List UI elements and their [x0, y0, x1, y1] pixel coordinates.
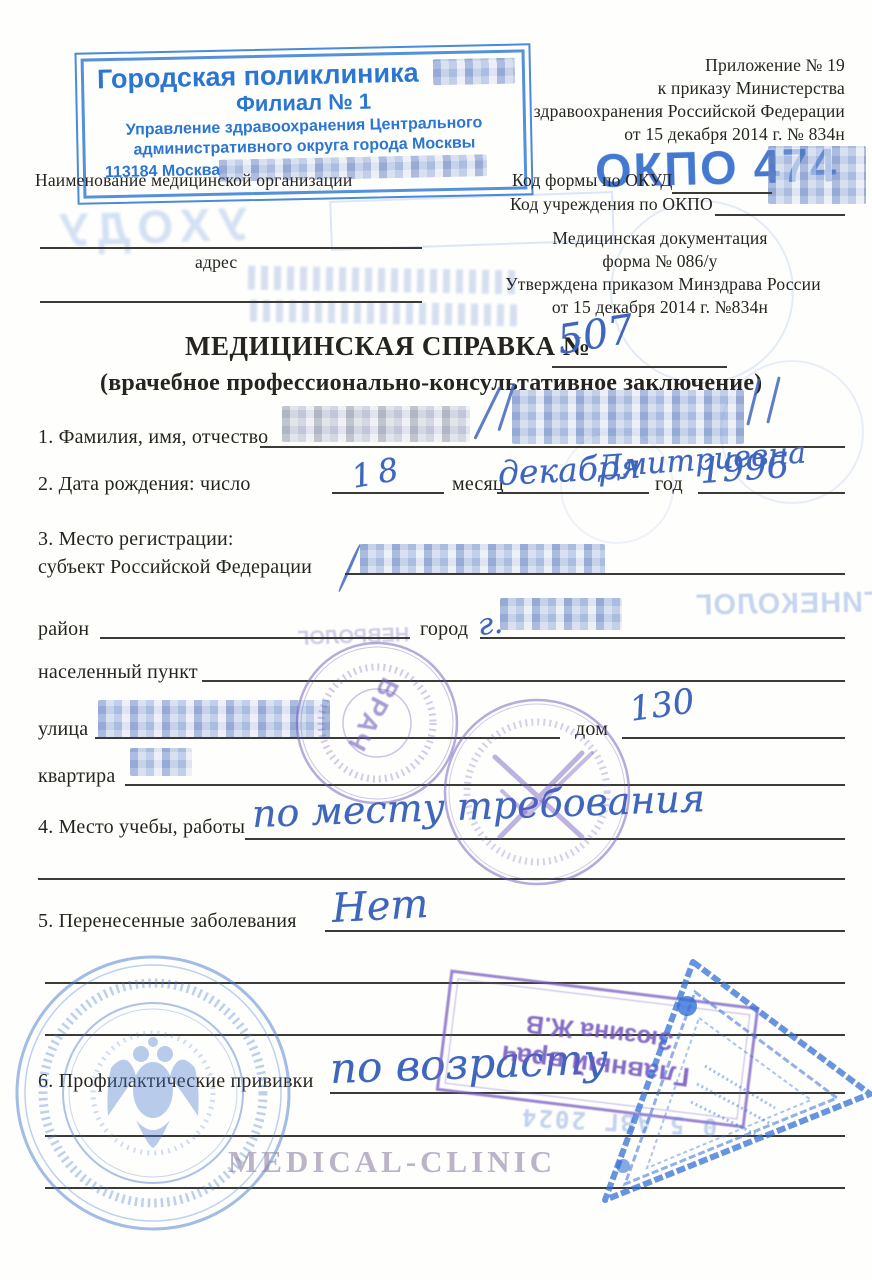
- title-number-line: [552, 366, 727, 368]
- watermark-text: MEDICAL-CLINIC: [228, 1144, 556, 1180]
- year-line: [698, 492, 845, 494]
- bleed-through-gynecologist: ГИНЕКОЛОГ: [695, 586, 872, 622]
- diseases-handwritten: Нет: [331, 881, 430, 932]
- address-line-2: [40, 301, 422, 303]
- bleed-through-mark: [250, 300, 518, 327]
- doc-line: форма № 086/у: [490, 251, 830, 272]
- redacted-apartment: [130, 748, 192, 776]
- birth-year-handwritten: 1996: [699, 446, 791, 492]
- field-birthdate-label: 2. Дата рождения: число: [38, 473, 251, 496]
- settlement-label: населенный пункт: [38, 661, 198, 684]
- redacted-given-name: [512, 390, 744, 444]
- appendix-line: здравоохранения Российской Федерации: [0, 101, 845, 122]
- medical-certificate-page: УХОДУ ГИНЕКОЛОГ НЕВРОЛОГ Городская полик…: [0, 0, 872, 1280]
- redacted-surname: [282, 406, 470, 442]
- day-line: [332, 492, 444, 494]
- apartment-label: квартира: [38, 765, 115, 788]
- triangular-stamp: [575, 948, 872, 1213]
- round-doctor-stamp: ВРАЧ: [292, 638, 462, 808]
- okpo-line: [715, 214, 845, 216]
- field-name-label: 1. Фамилия, имя, отчество: [38, 426, 268, 449]
- field-work-label: 4. Место учебы, работы: [38, 816, 245, 839]
- pen-stroke: [338, 544, 362, 593]
- address-line-1: [40, 247, 422, 249]
- redacted-okpo-digits: [768, 146, 866, 204]
- org-name-label: Наименование медицинской организации: [35, 170, 352, 191]
- doc-line: от 15 декабря 2014 г. №834н: [490, 297, 830, 318]
- redacted-region: [360, 544, 605, 574]
- birth-month-handwritten: декабря: [497, 447, 642, 493]
- address-label: адрес: [195, 252, 237, 273]
- doc-line: Утверждена приказом Минздрава России: [478, 274, 848, 295]
- appendix-line: к приказу Министерства: [0, 78, 845, 99]
- double-eagle-emblem: [107, 1037, 198, 1148]
- field-diseases-label: 5. Перенесенные заболевания: [38, 910, 297, 933]
- field-registration-label: 3. Место регистрации:: [38, 528, 234, 551]
- okud-label: Код формы по ОКУД: [512, 170, 673, 191]
- diseases-line: [325, 930, 845, 932]
- month-line: [497, 492, 649, 494]
- redacted-city: [500, 598, 622, 630]
- document-title: МЕДИЦИНСКАЯ СПРАВКА №: [185, 331, 590, 362]
- round-official-seal: [8, 948, 298, 1238]
- street-label: улица: [38, 718, 88, 741]
- house-number-handwritten: 130: [627, 681, 697, 730]
- city-line: [480, 637, 845, 639]
- subject-label: субъект Российской Федерации: [38, 556, 312, 579]
- doc-line: Медицинская документация: [490, 228, 830, 249]
- birth-day-handwritten: 18: [349, 449, 408, 496]
- okpo-label: Код учреждения по ОКПО: [510, 194, 713, 215]
- year-label: год: [655, 473, 683, 496]
- district-label: район: [38, 618, 89, 641]
- house-line: [622, 737, 845, 739]
- round-signature-stamp: [440, 695, 635, 890]
- appendix-line: Приложение № 19: [0, 55, 845, 76]
- subject-line: [345, 573, 845, 575]
